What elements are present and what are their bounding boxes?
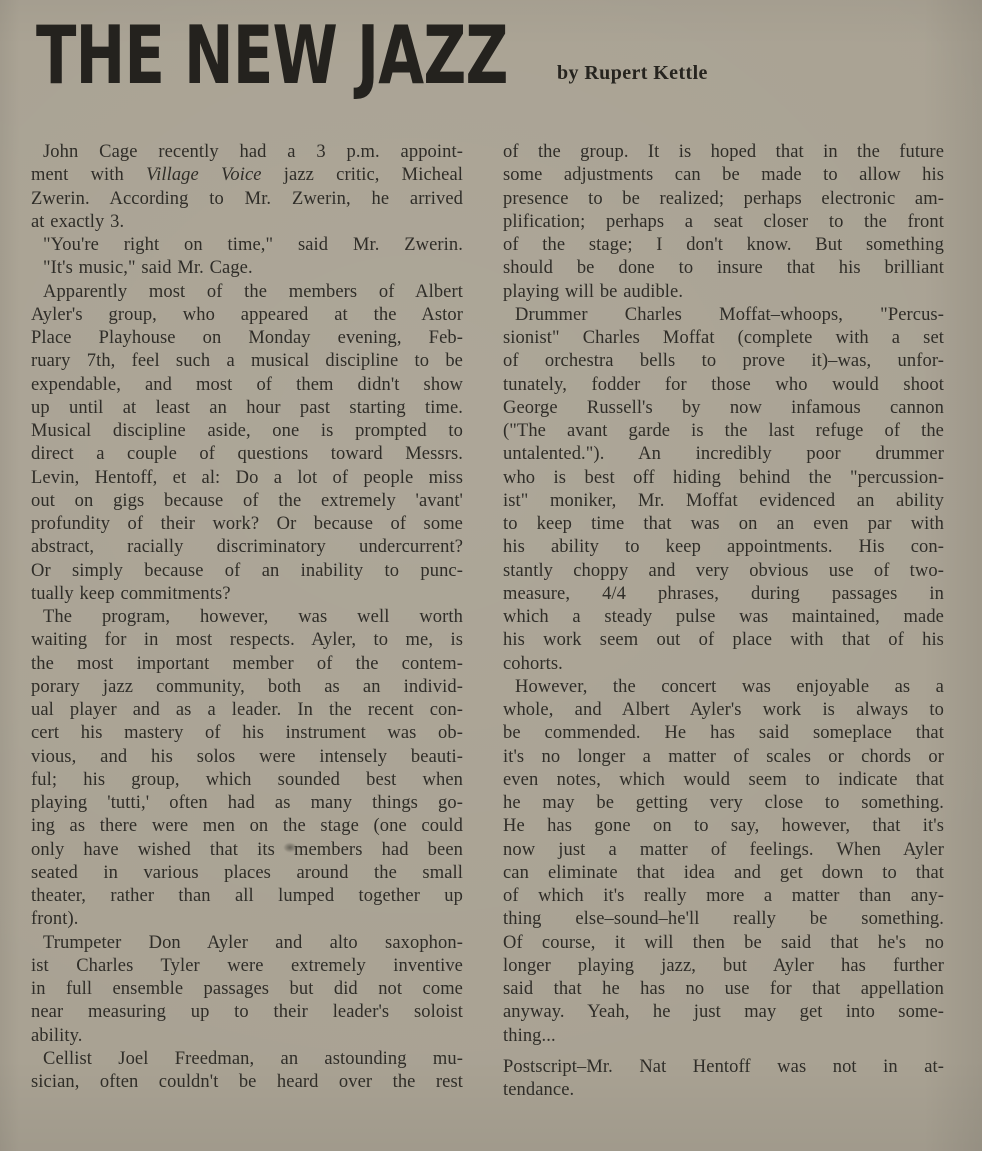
text-line: to keep time that was on an even par wit… [503,513,944,536]
text-line: playing 'tutti,' often had as many thing… [31,792,463,815]
article-byline: by Rupert Kettle [557,62,708,85]
text-line: his ability to keep appointments. His co… [503,536,944,559]
text-line: sionist" Charles Moffat (complete with a… [503,327,944,350]
text-line: Place Playhouse on Monday evening, Feb- [31,327,463,350]
text-line: thing else–sound–he'll really be somethi… [503,908,944,931]
paragraph: Apparently most of the members of Albert… [31,281,463,607]
text-line: of which it's really more a matter than … [503,885,944,908]
text-line: presence to be realized; perhaps electro… [503,188,944,211]
text-line: some adjustments can be made to allow hi… [503,164,944,187]
text-line: Or simply because of an inability to pun… [31,560,463,583]
text-line: in full ensemble passages but did not co… [31,978,463,1001]
text-line: vious, and his solos were intensely beau… [31,746,463,769]
text-line: Cellist Joel Freedman, an astounding mu- [31,1048,463,1071]
text-line: tunately, fodder for those who would sho… [503,374,944,397]
scanned-article-page: THE NEW JAZZ by Rupert Kettle John Cage … [0,0,982,1151]
right-column: of the group. It is hoped that in the fu… [503,141,944,1102]
text-line: The program, however, was well worth [31,606,463,629]
text-line: abstract, racially discriminatory underc… [31,536,463,559]
paragraph: "It's music," said Mr. Cage. [31,257,463,280]
text-line: his work seem out of place with that of … [503,629,944,652]
text-line: near measuring up to their leader's solo… [31,1001,463,1024]
text-line: the most important member of the contem- [31,653,463,676]
text-line: ability. [31,1025,463,1048]
text-line: Zwerin. According to Mr. Zwerin, he arri… [31,188,463,211]
text-line: cohorts. [503,653,944,676]
text-line: "It's music," said Mr. Cage. [31,257,463,280]
text-line: Drummer Charles Moffat–whoops, "Percus- [503,304,944,327]
text-line: ruary 7th, feel such a musical disciplin… [31,350,463,373]
text-line: measure, 4/4 phrases, during passages in [503,583,944,606]
text-line: longer playing jazz, but Ayler has furth… [503,955,944,978]
text-line: porary jazz community, both as an indivi… [31,676,463,699]
text-line: anyway. Yeah, he just may get into some- [503,1001,944,1024]
text-line: He has gone on to say, however, that it'… [503,815,944,838]
text-line: John Cage recently had a 3 p.m. appoint- [31,141,463,164]
text-line: direct a couple of questions toward Mess… [31,443,463,466]
text-line: waiting for in most respects. Ayler, to … [31,629,463,652]
text-line: of the group. It is hoped that in the fu… [503,141,944,164]
text-line: who is best off hiding behind the "percu… [503,467,944,490]
paragraph: However, the concert was enjoyable as aw… [503,676,944,1048]
text-line: seated in various places around the smal… [31,862,463,885]
text-line: Levin, Hentoff, et al: Do a lot of peopl… [31,467,463,490]
text-line: out on gigs because of the extremely 'av… [31,490,463,513]
text-line: up until at least an hour past starting … [31,397,463,420]
text-line: However, the concert was enjoyable as a [503,676,944,699]
text-line: ing as there were men on the stage (one … [31,815,463,838]
text-line: Musical discipline aside, one is prompte… [31,420,463,443]
text-line: which a steady pulse was maintained, mad… [503,606,944,629]
text-line: ual player and as a leader. In the recen… [31,699,463,722]
text-line: only have wished that its members had be… [31,839,463,862]
text-line: tendance. [503,1079,944,1102]
text-line: of the stage; I don't know. But somethin… [503,234,944,257]
text-line: now just a matter of feelings. When Ayle… [503,839,944,862]
text-line: Ayler's group, who appeared at the Astor [31,304,463,327]
paragraph: John Cage recently had a 3 p.m. appoint-… [31,141,463,234]
text-line: stantly choppy and very obvious use of t… [503,560,944,583]
paragraph: of the group. It is hoped that in the fu… [503,141,944,304]
text-line: front). [31,908,463,931]
paragraph: Drummer Charles Moffat–whoops, "Percus-s… [503,304,944,676]
text-line: Apparently most of the members of Albert [31,281,463,304]
text-line: should be done to insure that his brilli… [503,257,944,280]
text-line: "You're right on time," said Mr. Zwerin. [31,234,463,257]
article-title: THE NEW JAZZ [36,16,508,96]
text-line: at exactly 3. [31,211,463,234]
text-line: Postscript–Mr. Nat Hentoff was not in at… [503,1056,944,1079]
text-line: whole, and Albert Ayler's work is always… [503,699,944,722]
text-line: cert his mastery of his instrument was o… [31,722,463,745]
text-line: Trumpeter Don Ayler and alto saxophon- [31,932,463,955]
paragraph: Cellist Joel Freedman, an astounding mu-… [31,1048,463,1095]
text-line: theater, rather than all lumped together… [31,885,463,908]
text-line: be commended. He has said someplace that [503,722,944,745]
text-line: it's no longer a matter of scales or cho… [503,746,944,769]
text-line: thing... [503,1025,944,1048]
text-line: said that he has no use for that appella… [503,978,944,1001]
text-line: ("The avant garde is the last refuge of … [503,420,944,443]
text-line: tually keep commitments? [31,583,463,606]
paragraph: Postscript–Mr. Nat Hentoff was not in at… [503,1056,944,1103]
text-line: ment with Village Voice jazz critic, Mic… [31,164,463,187]
text-line: he may be getting very close to somethin… [503,792,944,815]
ink-smudge [284,843,296,852]
text-line: profundity of their work? Or because of … [31,513,463,536]
text-line: ist Charles Tyler were extremely inventi… [31,955,463,978]
text-line: sician, often couldn't be heard over the… [31,1071,463,1094]
text-line: ist" moniker, Mr. Moffat evidenced an ab… [503,490,944,513]
text-line: playing will be audible. [503,281,944,304]
paragraph: Trumpeter Don Ayler and alto saxophon-is… [31,932,463,1048]
text-line: Of course, it will then be said that he'… [503,932,944,955]
text-line: expendable, and most of them didn't show [31,374,463,397]
text-line: of orchestra bells to prove it)–was, unf… [503,350,944,373]
text-line: can eliminate that idea and get down to … [503,862,944,885]
text-line: ful; his group, which sounded best when [31,769,463,792]
text-line: even notes, which would seem to indicate… [503,769,944,792]
text-line: untalented."). An incredibly poor drumme… [503,443,944,466]
text-line: George Russell's by now infamous cannon [503,397,944,420]
paragraph: The program, however, was well worthwait… [31,606,463,932]
paragraph: "You're right on time," said Mr. Zwerin. [31,234,463,257]
text-line: plification; perhaps a seat closer to th… [503,211,944,234]
left-column: John Cage recently had a 3 p.m. appoint-… [31,141,463,1094]
